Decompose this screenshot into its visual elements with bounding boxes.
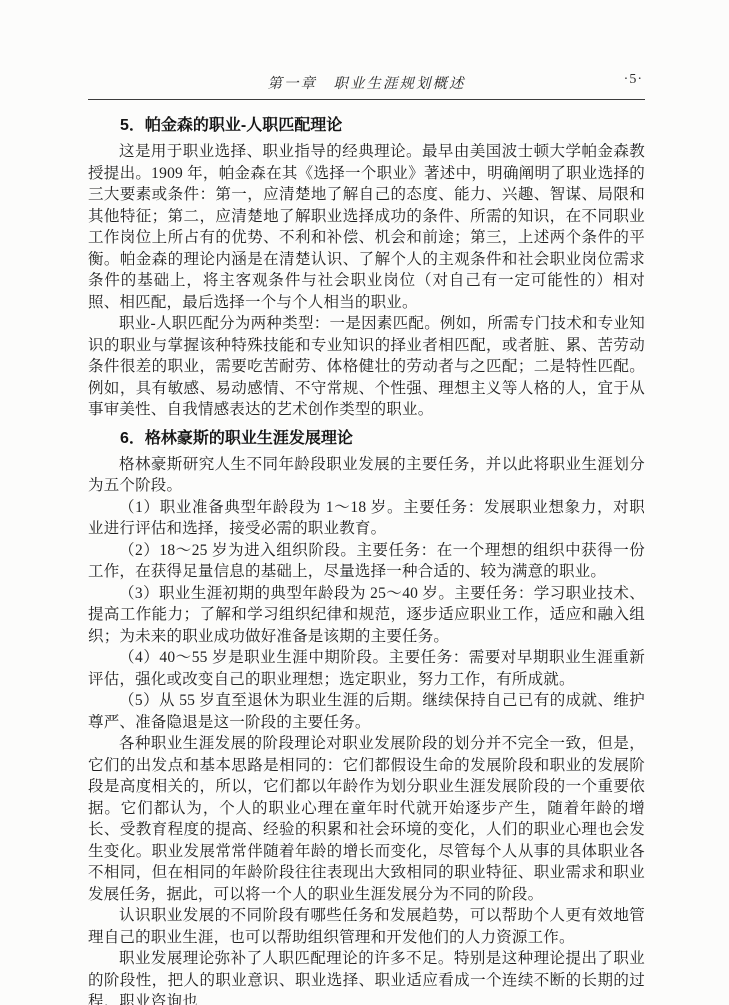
paragraph: （3）职业生涯初期的典型年龄段为 25～40 岁。主要任务：学习职业技术、提高工…: [88, 583, 645, 648]
paragraph: （1）职业准备典型年龄段为 1～18 岁。主要任务：发展职业想象力，对职业进行评…: [88, 497, 645, 540]
paragraph: 职业发展理论弥补了人职匹配理论的许多不足。特别是这种理论提出了职业的阶段性，把人…: [88, 948, 645, 1005]
paragraph: 各种职业生涯发展的阶段理论对职业发展阶段的划分并不完全一致，但是，它们的出发点和…: [88, 733, 645, 905]
paragraph: 职业-人职匹配分为两种类型：一是因素匹配。例如，所需专门技术和专业知识的职业与掌…: [88, 313, 645, 421]
paragraph: 格林豪斯研究人生不同年龄段职业发展的主要任务，并以此将职业生涯划分为五个阶段。: [88, 454, 645, 497]
running-head: 第一章 职业生涯规划概述 ·5·: [88, 72, 645, 100]
section-heading-6: 6．格林豪斯的职业生涯发展理论: [88, 428, 645, 449]
paragraph: 认识职业发展的不同阶段有哪些任务和发展趋势，可以帮助个人更有效地管理自己的职业生…: [88, 905, 645, 948]
book-page: 第一章 职业生涯规划概述 ·5· 5．帕金森的职业-人职匹配理论 这是用于职业选…: [0, 0, 729, 1005]
paragraph: （5）从 55 岁直至退休为职业生涯的后期。继续保持自己已有的成就、维护尊严、准…: [88, 690, 645, 733]
paragraph: （2）18～25 岁为进入组织阶段。主要任务：在一个理想的组织中获得一份工作，在…: [88, 540, 645, 583]
paragraph: （4）40～55 岁是职业生涯中期阶段。主要任务：需要对早期职业生涯重新评估，强…: [88, 647, 645, 690]
chapter-title: 第一章 职业生涯规划概述: [88, 72, 645, 93]
paragraph: 这是用于职业选择、职业指导的经典理论。最早由美国波士顿大学帕金森教授提出。190…: [88, 141, 645, 313]
page-body: 5．帕金森的职业-人职匹配理论 这是用于职业选择、职业指导的经典理论。最早由美国…: [88, 108, 645, 1005]
page-number: ·5·: [624, 72, 643, 88]
section-heading-5: 5．帕金森的职业-人职匹配理论: [88, 115, 645, 136]
